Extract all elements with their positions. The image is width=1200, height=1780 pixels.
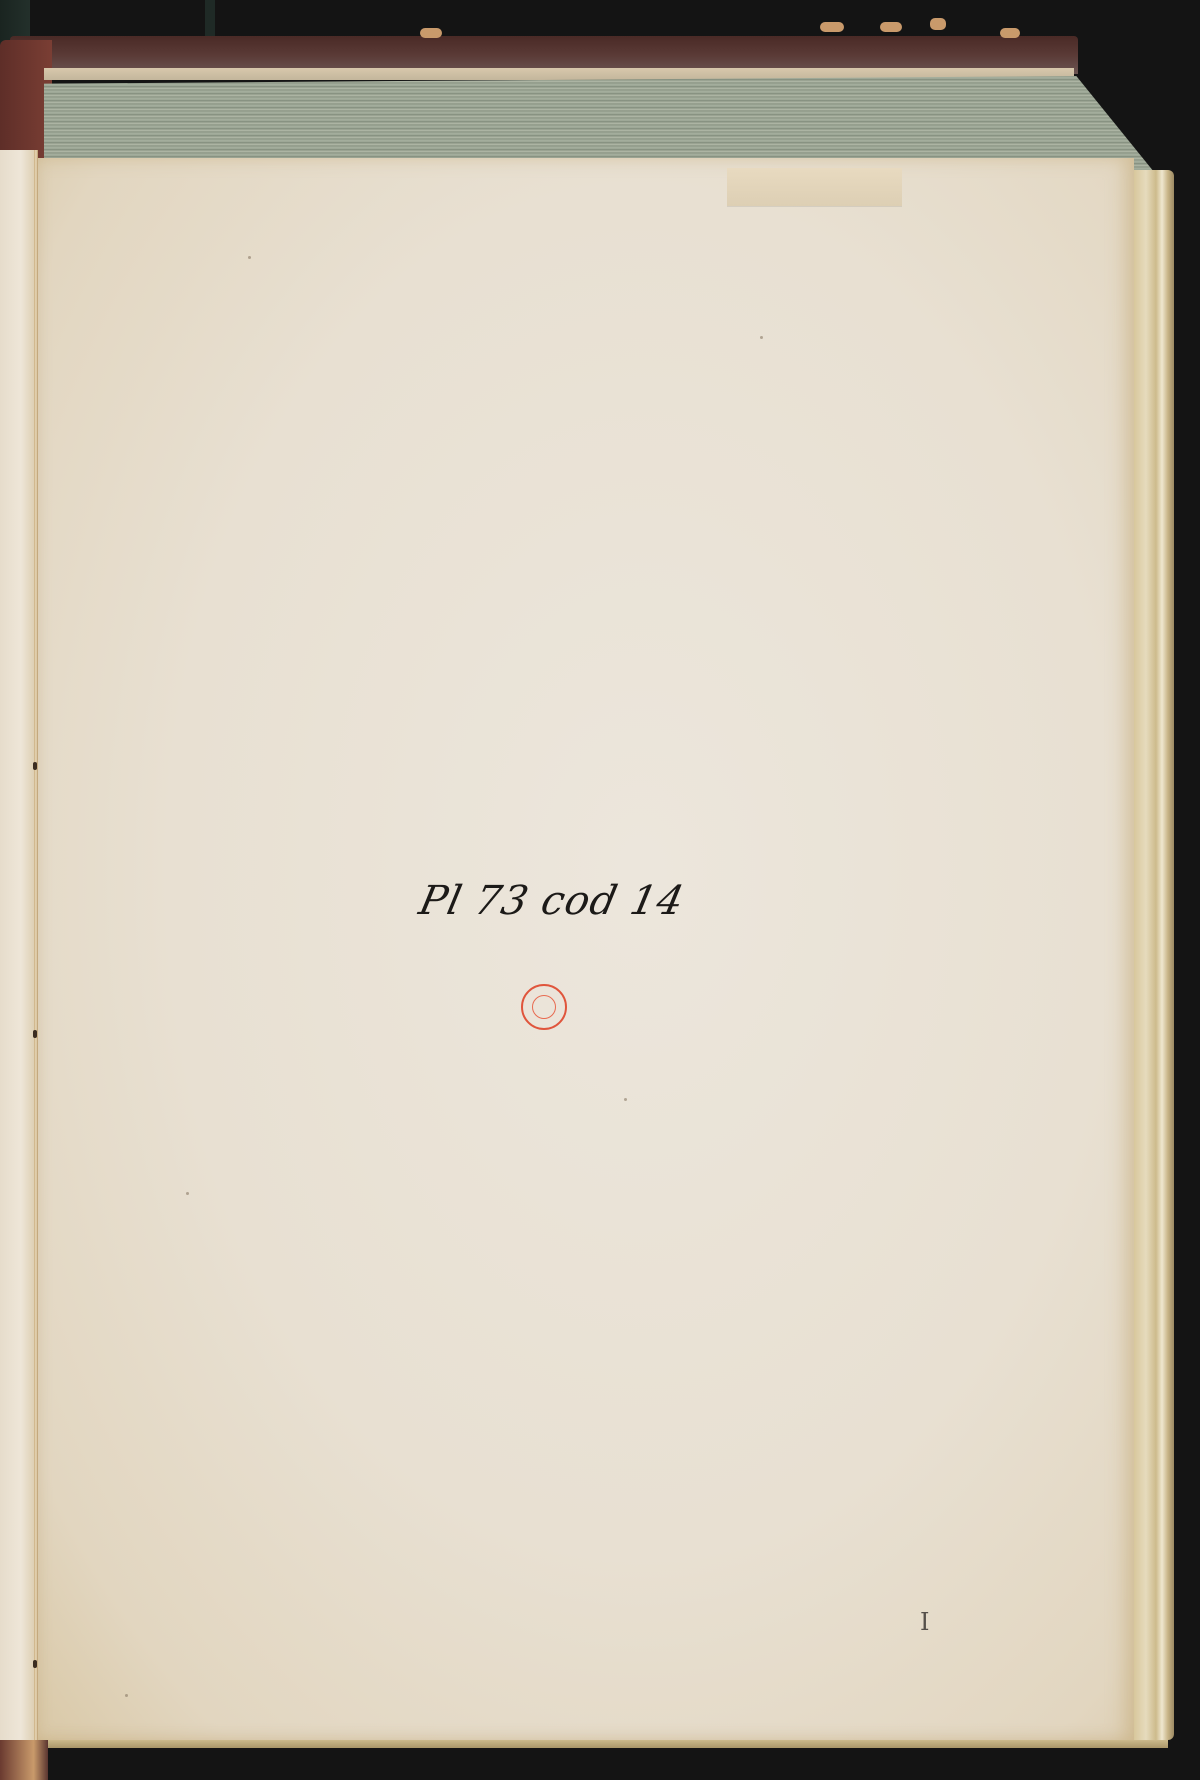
page-tab — [727, 168, 902, 206]
page-edges-right — [1134, 170, 1174, 1740]
facing-page — [0, 150, 38, 1740]
flyleaf-page — [38, 158, 1134, 1746]
paper-speck — [125, 1694, 128, 1697]
paper-speck — [760, 336, 763, 339]
binding-crumb — [820, 22, 844, 32]
folio-number: I — [920, 1608, 929, 1636]
background-strip — [205, 0, 215, 40]
leather-binding-bottom-left — [0, 1740, 48, 1780]
stamp-inner-ring — [532, 995, 556, 1019]
gutter-mark — [33, 762, 37, 770]
binding-crumb — [930, 18, 946, 30]
page-bottom-edge — [38, 1740, 1168, 1748]
gutter-mark — [33, 1030, 37, 1038]
gutter-mark — [33, 1660, 37, 1668]
binding-crumb — [420, 28, 442, 38]
binding-crumb — [880, 22, 902, 32]
binding-crumb — [1000, 28, 1020, 38]
gutter — [34, 150, 38, 1740]
book-scan: Pl 73 cod 14 I — [0, 0, 1200, 1780]
library-stamp-icon — [521, 984, 567, 1030]
paper-speck — [624, 1098, 627, 1101]
paper-speck — [248, 256, 251, 259]
shelfmark-inscription: Pl 73 cod 14 — [415, 878, 689, 924]
paper-speck — [186, 1192, 189, 1195]
